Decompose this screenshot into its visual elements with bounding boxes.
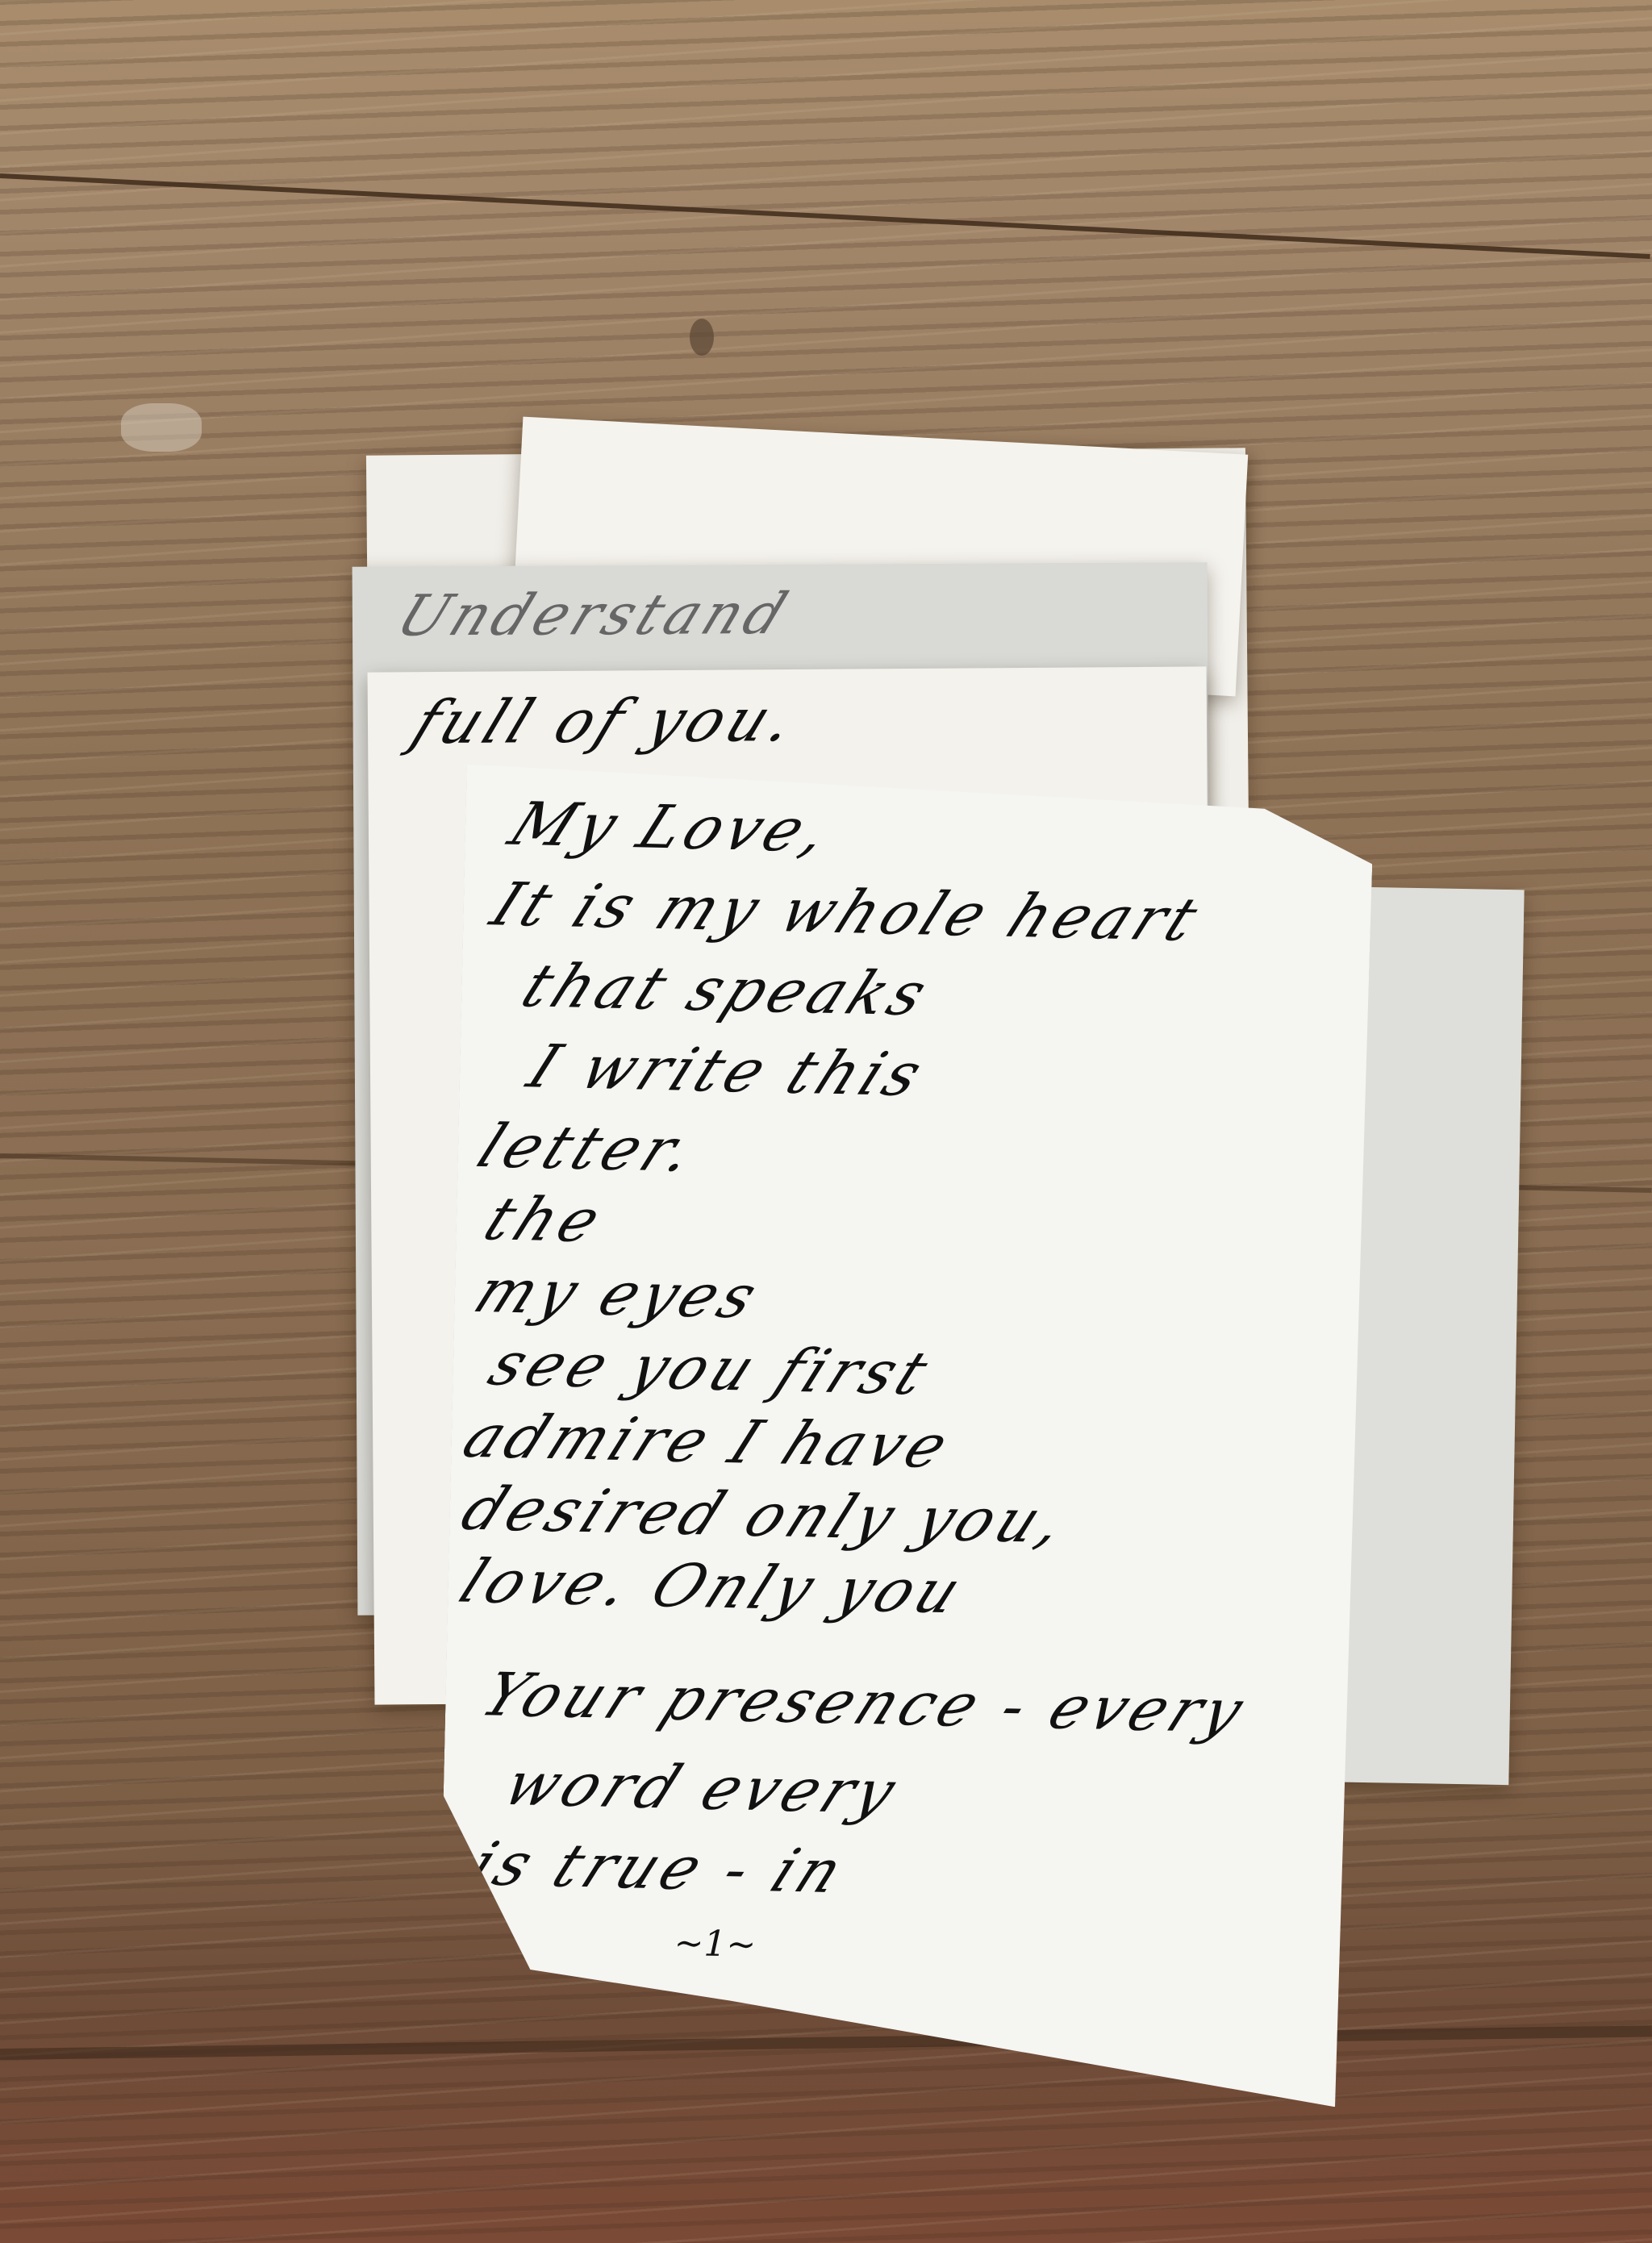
letter-line: word every xyxy=(494,1749,911,1827)
letter-line: my eyes xyxy=(465,1257,772,1332)
grey-page-text: Understand xyxy=(388,581,801,649)
front-letter-page: My Love, It is my whole heart that speak… xyxy=(437,764,1375,2107)
letter-line: love. Only you xyxy=(449,1547,976,1627)
letter-line: My Love, xyxy=(499,790,845,865)
letter-line: It is my whole heart xyxy=(481,870,1212,955)
letter-line: admire I have xyxy=(453,1402,964,1482)
middle-page-text: full of you. xyxy=(403,686,810,758)
letter-line: that speaks xyxy=(511,952,941,1029)
wood-worn-spot xyxy=(121,403,202,452)
plank-seam xyxy=(0,2025,1652,2060)
letter-line: Your presence - every xyxy=(471,1661,1258,1747)
letter-line: letter. xyxy=(468,1111,710,1185)
letter-line: desired only you, xyxy=(451,1474,1080,1557)
wood-knot xyxy=(690,319,714,356)
plank-seam xyxy=(0,173,1650,259)
letter-line: I write this xyxy=(518,1032,937,1110)
page-number: ~1~ xyxy=(674,1923,757,1966)
letter-line: is true - in xyxy=(459,1829,857,1907)
letter-line: the xyxy=(474,1185,616,1256)
letter-line: see you first xyxy=(479,1330,943,1408)
